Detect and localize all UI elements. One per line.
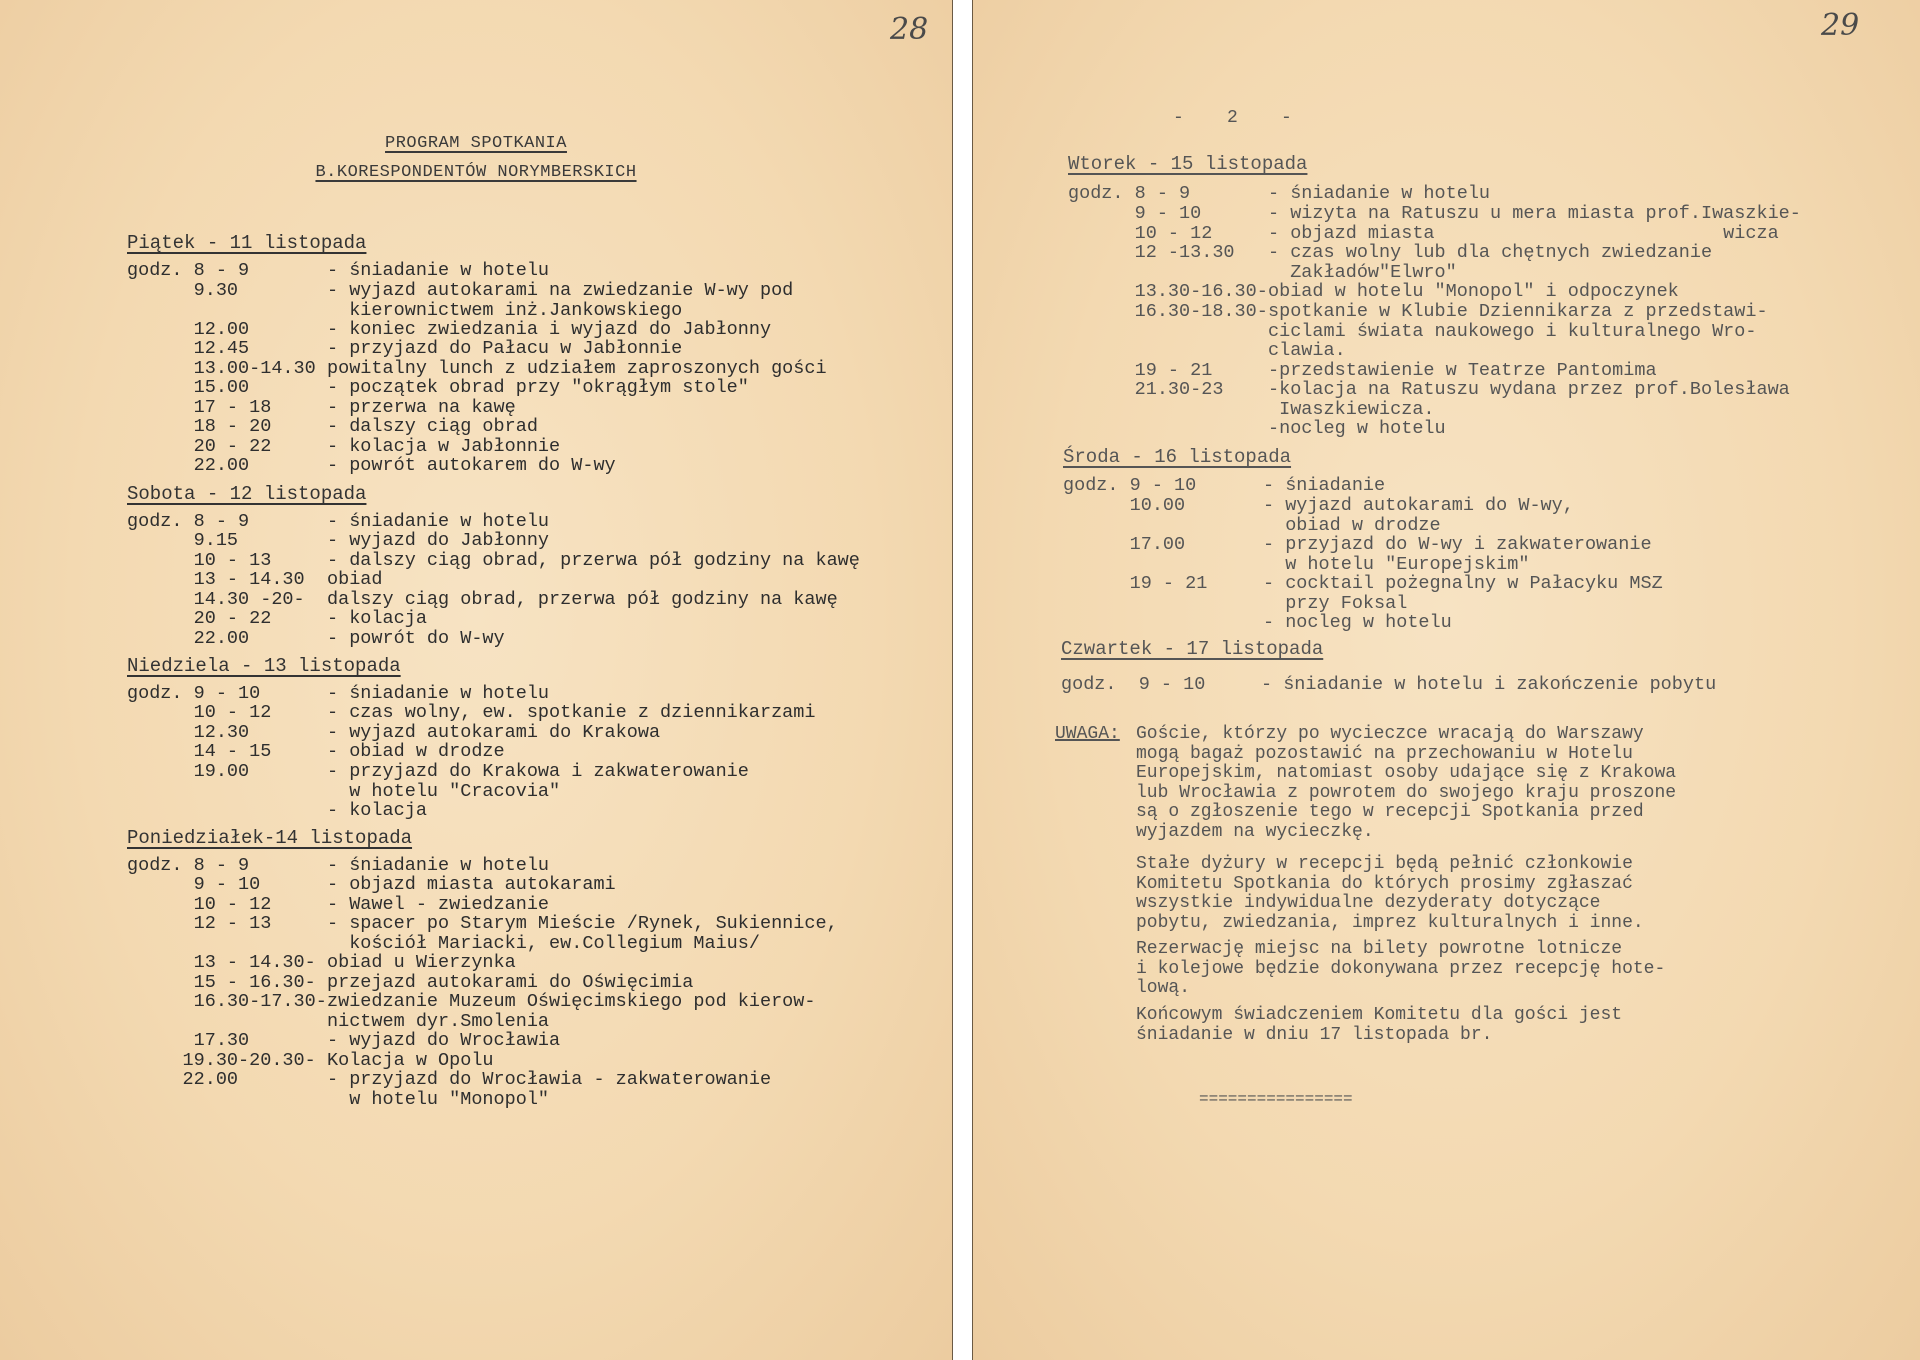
schedule-row: godz. 9 - 10- śniadanie w hotelu [127, 684, 549, 704]
schedule-row: 21.30-23-kolacja na Ratuszu wydana przez… [1068, 380, 1790, 419]
schedule-row: 19 - 21-przedstawienie w Teatrze Pantomi… [1068, 361, 1657, 381]
note-paragraph: Rezerwację miejsc na bilety powrotne lot… [1136, 940, 1665, 999]
schedule-row: 20 - 22- kolacja w Jabłonnie [127, 437, 560, 457]
schedule-row: 13 - 14.30-obiad u Wierzynka [127, 953, 516, 973]
schedule-row: godz. 8 - 9- śniadanie w hotelu [1068, 184, 1490, 204]
note-paragraph: Goście, którzy po wycieczce wracają do W… [1136, 725, 1676, 842]
schedule-row: 16.30-17.30-zwiedzanie Muzeum Oświęcimsk… [127, 992, 815, 1031]
schedule-row: 10 - 12- Wawel - zwiedzanie [127, 895, 549, 915]
note-paragraph: Stałe dyżury w recepcji będą pełnić czło… [1136, 855, 1644, 933]
note-paragraph: Końcowym świadczeniem Komitetu dla gości… [1136, 1006, 1622, 1045]
schedule-row: 15 - 16.30-przejazd autokarami do Oświęc… [127, 973, 693, 993]
schedule-row: 14.30 -20-dalszy ciąg obrad, przerwa pół… [127, 590, 838, 610]
day-heading-monday: Poniedziałek-14 listopada [127, 827, 412, 849]
schedule-row: 22.00- powrót autokarem do W-wy [127, 456, 616, 476]
title-line-2: B.KORESPONDENTÓW NORYMBERSKICH [0, 163, 952, 182]
schedule-row: 18 - 20- dalszy ciąg obrad [127, 417, 538, 437]
schedule-row: godz. 8 - 9- śniadanie w hotelu [127, 512, 549, 532]
schedule-row: 19.30-20.30-Kolacja w Opolu [127, 1051, 494, 1071]
schedule-row: 19.00- przyjazd do Krakowa i zakwaterowa… [127, 762, 749, 801]
schedule-row: 9 - 10- objazd miasta autokarami [127, 875, 616, 895]
day-heading-thursday: Czwartek - 17 listopada [1061, 638, 1323, 660]
schedule-row: 17 - 18- przerwa na kawę [127, 398, 516, 418]
page-number: 28 [890, 12, 928, 47]
day-heading-friday: Piątek - 11 listopada [127, 232, 366, 254]
schedule-row: 10.00- wyjazd autokarami do W-wy, obiad … [1063, 496, 1574, 535]
left-page: 28 PROGRAM SPOTKANIA B.KORESPONDENTÓW NO… [0, 0, 953, 1360]
schedule-row: 13.30-16.30-obiad w hotelu "Monopol" i o… [1068, 282, 1679, 302]
schedule-row: 12 -13.30- czas wolny lub dla chętnych z… [1068, 243, 1712, 282]
right-page: 29 - 2 - Wtorek - 15 listopada godz. 8 -… [972, 0, 1920, 1360]
schedule-row: 17.00- przyjazd do W-wy i zakwaterowanie… [1063, 535, 1652, 574]
schedule-row: godz. 9 - 10- śniadanie w hotelu i zakoń… [1061, 675, 1716, 695]
schedule-row: 22.00- powrót do W-wy [127, 629, 505, 649]
schedule-row: 12.30- wyjazd autokarami do Krakowa [127, 723, 660, 743]
schedule-row: 15.00- początek obrad przy "okrągłym sto… [127, 378, 749, 398]
schedule-row: 19 - 21- cocktail pożegnalny w Pałacyku … [1063, 574, 1663, 613]
schedule-row: - nocleg w hotelu [1063, 613, 1452, 633]
note-label: UWAGA: [1055, 725, 1120, 745]
schedule-row: - kolacja [127, 801, 427, 821]
page-marker: - 2 - [1173, 108, 1292, 128]
title-line-1: PROGRAM SPOTKANIA [0, 134, 952, 153]
schedule-row: 9.30- wyjazd autokarami na zwiedzanie W-… [127, 281, 793, 320]
schedule-row: godz. 8 - 9- śniadanie w hotelu [127, 261, 549, 281]
schedule-row: 9.15- wyjazd do Jabłonny [127, 531, 549, 551]
schedule-row: 10 - 12- objazd miasta [1068, 224, 1435, 244]
day-heading-sunday: Niedziela - 13 listopada [127, 655, 401, 677]
schedule-row: 10 - 13- dalszy ciąg obrad, przerwa pół … [127, 551, 860, 571]
schedule-row: 13.00-14.30powitalny lunch z udziałem za… [127, 359, 827, 379]
schedule-row: 12 - 13- spacer po Starym Mieście /Rynek… [127, 914, 838, 953]
schedule-row: 17.30- wyjazd do Wrocławia [127, 1031, 560, 1051]
schedule-row: 20 - 22- kolacja [127, 609, 427, 629]
day-heading-tuesday: Wtorek - 15 listopada [1068, 153, 1307, 175]
schedule-row: godz. 9 - 10- śniadanie [1063, 476, 1385, 496]
schedule-row: 12.00- koniec zwiedzania i wyjazd do Jab… [127, 320, 771, 340]
page-number: 29 [1821, 8, 1859, 43]
schedule-row: 22.00- przyjazd do Wrocławia - zakwatero… [127, 1070, 771, 1109]
schedule-row: 10 - 12- czas wolny, ew. spotkanie z dzi… [127, 703, 815, 723]
day-heading-saturday: Sobota - 12 listopada [127, 483, 366, 505]
end-rule: ================ [1199, 1090, 1353, 1108]
schedule-row: godz. 8 - 9- śniadanie w hotelu [127, 856, 549, 876]
schedule-row: 14 - 15- obiad w drodze [127, 742, 505, 762]
schedule-row: 12.45- przyjazd do Pałacu w Jabłonnie [127, 339, 682, 359]
schedule-row: 13 - 14.30obiad [127, 570, 383, 590]
schedule-row: 16.30-18.30-spotkanie w Klubie Dziennika… [1068, 302, 1768, 361]
schedule-row: -nocleg w hotelu [1068, 419, 1446, 439]
day-heading-wednesday: Środa - 16 listopada [1063, 446, 1291, 468]
